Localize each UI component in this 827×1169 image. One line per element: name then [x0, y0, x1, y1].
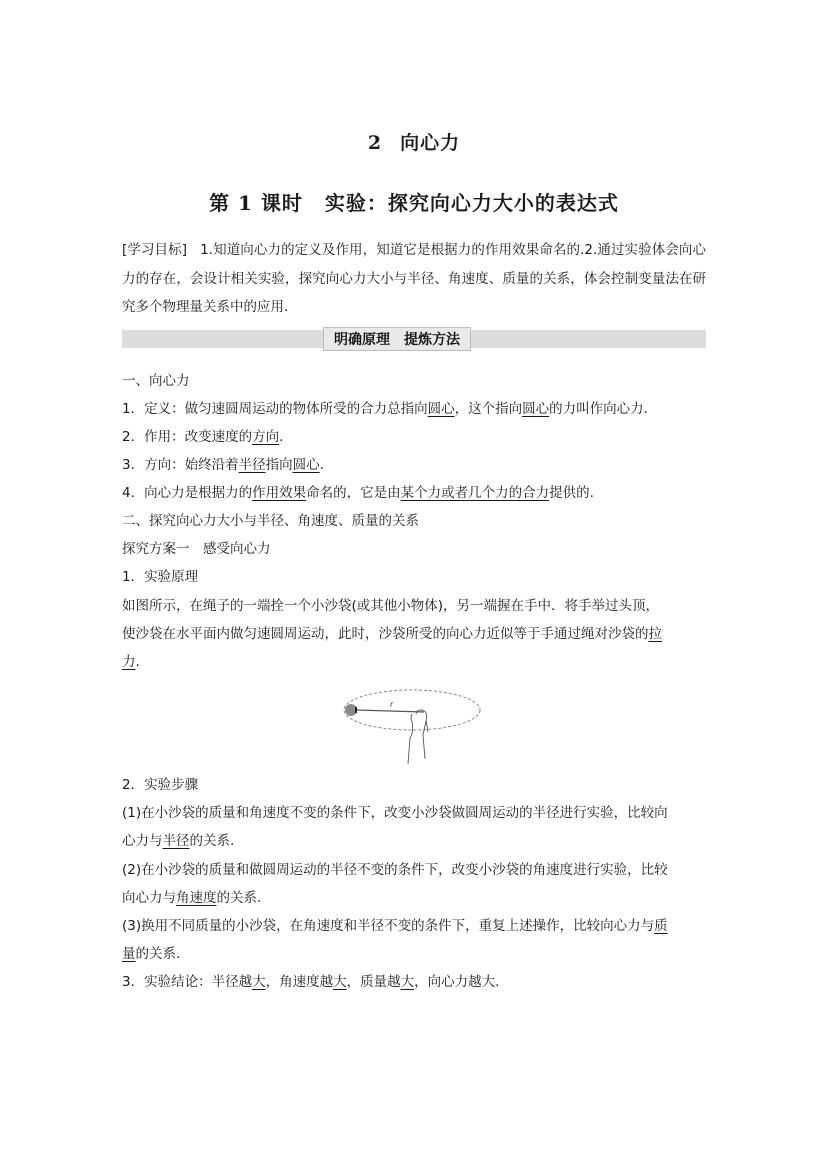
blank-answer: 大	[333, 974, 347, 990]
item-text: 使沙袋在水平面内做匀速圆周运动，此时，沙袋所受的向心力近似等于手通过绳对沙袋的	[122, 626, 649, 642]
banner-box: 明确原理 提炼方法	[323, 327, 471, 351]
item-text: .	[279, 429, 283, 445]
lesson-number: 第 1 课时	[209, 191, 303, 215]
item-text: 4．向心力是根据力的	[122, 485, 252, 501]
item-text: (3)换用不同质量的小沙袋，在角速度和半径不变的条件下，重复上述操作，比较向心力…	[122, 918, 654, 934]
section-banner: 明确原理 提炼方法	[122, 330, 706, 348]
objectives-label: [学习目标]	[122, 242, 187, 258]
blank-answer: 方向	[252, 429, 279, 445]
lesson-title: 第 1 课时实验：探究向心力大小的表达式	[122, 187, 706, 216]
item-text: .	[136, 654, 140, 670]
item-text: ，向心力越大.	[414, 974, 499, 990]
blank-answer: 作用效果	[252, 485, 306, 501]
item-text: ，角速度越	[266, 974, 334, 990]
item-text: .	[320, 457, 324, 473]
step-line: 向心力与角速度的关系.	[122, 888, 706, 908]
function-item: 2．作用：改变速度的方向.	[122, 427, 706, 447]
steps-heading: 2．实验步骤	[122, 775, 706, 795]
objectives-text: 1.知道向心力的定义及作用，知道它是根据力的作用效果命名的.2.通过实验体会向心…	[122, 242, 706, 315]
section2-heading: 二、探究向心力大小与半径、角速度、质量的关系	[122, 511, 706, 531]
blank-answer: 量	[122, 946, 136, 962]
item-text: 的关系.	[190, 833, 235, 849]
item-text: 3．方向：始终沿着	[122, 457, 239, 473]
definition-item: 1．定义：做匀速圆周运动的物体所受的合力总指向圆心，这个指向圆心的力叫作向心力.	[122, 399, 706, 419]
principle-heading: 1．实验原理	[122, 567, 706, 587]
step-line: (2)在小沙袋的质量和做圆周运动的半径不变的条件下，改变小沙袋的角速度进行实验，…	[122, 860, 706, 880]
step-line: 心力与半径的关系.	[122, 831, 706, 851]
learning-objectives: [学习目标] 1.知道向心力的定义及作用，知道它是根据力的作用效果命名的.2.通…	[122, 236, 706, 322]
chapter-title: 2向心力	[122, 128, 706, 155]
item-text: 提供的.	[549, 485, 594, 501]
blank-answer: 圆心	[293, 457, 320, 473]
sandbag-rotation-figure: r	[340, 684, 486, 768]
principle-line: 使沙袋在水平面内做匀速圆周运动，此时，沙袋所受的向心力近似等于手通过绳对沙袋的拉	[122, 624, 706, 644]
blank-answer: 力	[122, 654, 136, 670]
naming-item: 4．向心力是根据力的作用效果命名的，它是由某个力或者几个力的合力提供的.	[122, 483, 706, 503]
item-text: 向心力与	[122, 890, 176, 906]
blank-answer: 大	[401, 974, 415, 990]
item-text: 的关系.	[217, 890, 262, 906]
principle-line: 如图所示，在绳子的一端拴一个小沙袋(或其他小物体)，另一端握在手中．将手举过头顶…	[122, 596, 706, 616]
blank-answer: 角速度	[176, 890, 217, 906]
item-text: ，质量越	[347, 974, 401, 990]
chapter-title-text: 向心力	[400, 132, 460, 154]
blank-answer: 圆心	[522, 401, 549, 417]
item-text: 的力叫作向心力.	[549, 401, 648, 417]
lesson-title-text: 实验：探究向心力大小的表达式	[325, 191, 619, 215]
item-text: 命名的，它是由	[306, 485, 401, 501]
conclusion-line: 3．实验结论：半径越大，角速度越大，质量越大，向心力越大.	[122, 972, 706, 992]
blank-answer: 半径	[163, 833, 190, 849]
step-line: (1)在小沙袋的质量和角速度不变的条件下，改变小沙袋做圆周运动的半径进行实验，比…	[122, 803, 706, 823]
hand-rope-sandbag-illustration: r	[340, 684, 486, 768]
radius-label: r	[390, 700, 394, 709]
step-line: 量的关系.	[122, 944, 706, 964]
item-text: 3．实验结论：半径越	[122, 974, 252, 990]
blank-answer: 大	[252, 974, 266, 990]
item-text: 心力与	[122, 833, 163, 849]
blank-answer: 质	[654, 918, 668, 934]
blank-answer: 拉	[649, 626, 663, 642]
plan-heading: 探究方案一 感受向心力	[122, 539, 706, 559]
banner-left-label: 明确原理	[334, 329, 390, 349]
blank-answer: 圆心	[428, 401, 455, 417]
item-text: 指向	[266, 457, 293, 473]
direction-item: 3．方向：始终沿着半径指向圆心.	[122, 455, 706, 475]
item-text: ，这个指向	[455, 401, 523, 417]
item-text: 1．定义：做匀速圆周运动的物体所受的合力总指向	[122, 401, 428, 417]
banner-right-label: 提炼方法	[404, 329, 460, 349]
item-text: 2．作用：改变速度的	[122, 429, 252, 445]
principle-line: 力.	[122, 652, 706, 672]
blank-answer: 半径	[239, 457, 266, 473]
item-text: 的关系.	[136, 946, 181, 962]
section1-heading: 一、向心力	[122, 371, 706, 391]
blank-answer: 某个力或者几个力的合力	[401, 485, 550, 501]
step-line: (3)换用不同质量的小沙袋，在角速度和半径不变的条件下，重复上述操作，比较向心力…	[122, 916, 706, 936]
chapter-number: 2	[368, 132, 382, 154]
